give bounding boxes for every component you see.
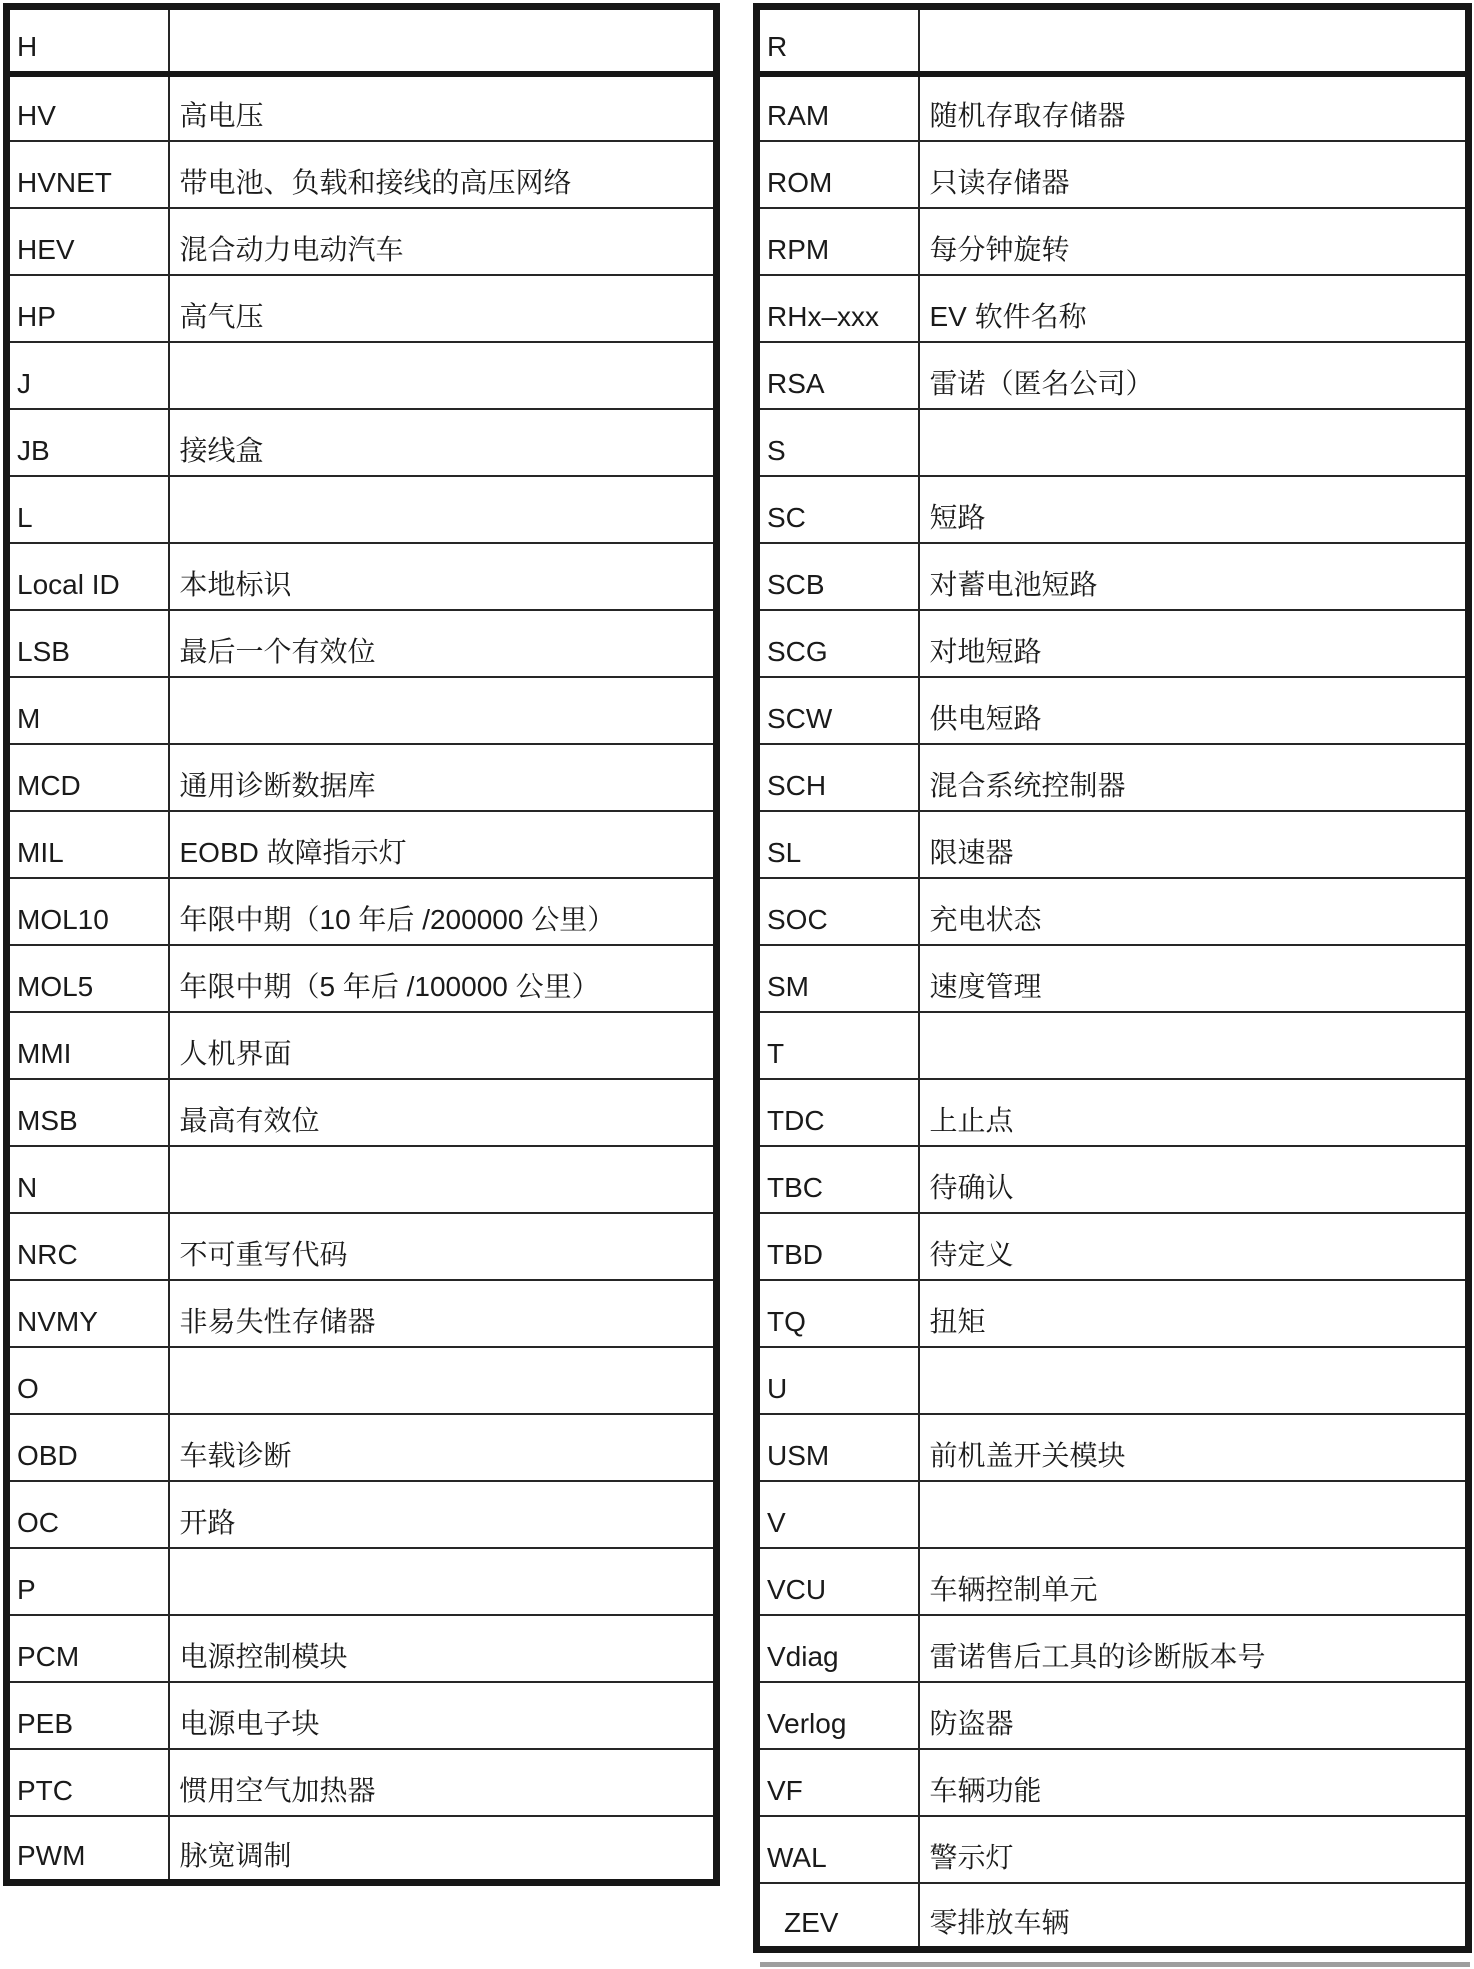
description-cell: 本地标识 <box>169 543 717 610</box>
description-cell: 脉宽调制 <box>169 1816 717 1883</box>
abbreviation-cell: SCW <box>757 677 919 744</box>
description-cell: 车载诊断 <box>169 1414 717 1481</box>
table-row: ROM只读存储器 <box>757 141 1469 208</box>
description-cell: 警示灯 <box>919 1816 1469 1883</box>
table-row: NVMY非易失性存储器 <box>7 1280 717 1347</box>
abbreviation-cell: PCM <box>7 1615 169 1682</box>
description-cell: 带电池、负载和接线的高压网络 <box>169 141 717 208</box>
description-cell <box>919 1481 1469 1548</box>
abbreviation-cell: ROM <box>757 141 919 208</box>
table-row: Verlog防盗器 <box>757 1682 1469 1749</box>
description-cell <box>169 677 717 744</box>
table-row: O <box>7 1347 717 1414</box>
description-cell: 车辆功能 <box>919 1749 1469 1816</box>
abbreviation-cell: SL <box>757 811 919 878</box>
abbreviation-cell: RAM <box>757 74 919 141</box>
description-cell: 非易失性存储器 <box>169 1280 717 1347</box>
abbreviation-cell: PWM <box>7 1816 169 1883</box>
table-row: SM速度管理 <box>757 945 1469 1012</box>
abbreviation-cell: MOL10 <box>7 878 169 945</box>
table-row: S <box>757 409 1469 476</box>
abbreviation-cell: SOC <box>757 878 919 945</box>
description-cell: 充电状态 <box>919 878 1469 945</box>
table-row: SCH混合系统控制器 <box>757 744 1469 811</box>
description-cell: 零排放车辆 <box>919 1883 1469 1950</box>
abbreviation-cell: VCU <box>757 1548 919 1615</box>
table-row: TBC待确认 <box>757 1146 1469 1213</box>
description-cell: EV 软件名称 <box>919 275 1469 342</box>
table-row: PCM电源控制模块 <box>7 1615 717 1682</box>
abbreviation-table-left: H HV高电压HVNET带电池、负载和接线的高压网络HEV混合动力电动汽车HP高… <box>3 3 720 1886</box>
description-cell <box>919 1012 1469 1079</box>
description-cell: 雷诺（匿名公司） <box>919 342 1469 409</box>
document-page: H HV高电压HVNET带电池、负载和接线的高压网络HEV混合动力电动汽车HP高… <box>0 0 1474 1969</box>
description-cell <box>169 1146 717 1213</box>
abbreviation-cell: HVNET <box>7 141 169 208</box>
description-cell: 接线盒 <box>169 409 717 476</box>
abbreviation-cell: NVMY <box>7 1280 169 1347</box>
section-letter-cell: R <box>757 7 919 74</box>
table-row: SOC充电状态 <box>757 878 1469 945</box>
abbreviation-cell: OC <box>7 1481 169 1548</box>
description-cell <box>169 1347 717 1414</box>
table-row: SCB对蓄电池短路 <box>757 543 1469 610</box>
description-cell: EOBD 故障指示灯 <box>169 811 717 878</box>
table-row: HEV混合动力电动汽车 <box>7 208 717 275</box>
table-row: U <box>757 1347 1469 1414</box>
table-row: MSB最高有效位 <box>7 1079 717 1146</box>
table-row: V <box>757 1481 1469 1548</box>
description-cell: 上止点 <box>919 1079 1469 1146</box>
abbreviation-cell: SC <box>757 476 919 543</box>
table-row: SCW供电短路 <box>757 677 1469 744</box>
description-cell <box>169 7 717 74</box>
table-row: WAL警示灯 <box>757 1816 1469 1883</box>
abbreviation-cell: Local ID <box>7 543 169 610</box>
table-row: RAM随机存取存储器 <box>757 74 1469 141</box>
abbreviation-cell: Vdiag <box>757 1615 919 1682</box>
table-row: ZEV零排放车辆 <box>757 1883 1469 1950</box>
abbreviation-cell: PTC <box>7 1749 169 1816</box>
description-cell: 限速器 <box>919 811 1469 878</box>
abbreviation-cell: TBD <box>757 1213 919 1280</box>
table-row: HV高电压 <box>7 74 717 141</box>
description-cell: 供电短路 <box>919 677 1469 744</box>
scan-shadow-line <box>760 1962 1470 1967</box>
abbreviation-cell: MOL5 <box>7 945 169 1012</box>
section-letter-cell: H <box>7 7 169 74</box>
table-row: USM前机盖开关模块 <box>757 1414 1469 1481</box>
table-row: PTC惯用空气加热器 <box>7 1749 717 1816</box>
description-cell <box>169 342 717 409</box>
abbreviation-cell: SCB <box>757 543 919 610</box>
abbreviation-cell: V <box>757 1481 919 1548</box>
table-row: Local ID本地标识 <box>7 543 717 610</box>
description-cell <box>919 409 1469 476</box>
abbreviation-cell: MSB <box>7 1079 169 1146</box>
table-row: P <box>7 1548 717 1615</box>
table-row: HVNET带电池、负载和接线的高压网络 <box>7 141 717 208</box>
abbreviation-cell: SCH <box>757 744 919 811</box>
abbreviation-cell: RSA <box>757 342 919 409</box>
abbreviation-cell: P <box>7 1548 169 1615</box>
description-cell <box>169 1548 717 1615</box>
abbreviation-cell: SCG <box>757 610 919 677</box>
abbreviation-cell: Verlog <box>757 1682 919 1749</box>
description-cell: 对蓄电池短路 <box>919 543 1469 610</box>
table-body: RAM随机存取存储器ROM只读存储器RPM每分钟旋转RHx–xxxEV 软件名称… <box>757 74 1469 1950</box>
abbreviation-cell: HV <box>7 74 169 141</box>
abbreviation-cell: J <box>7 342 169 409</box>
abbreviation-table-right: R RAM随机存取存储器ROM只读存储器RPM每分钟旋转RHx–xxxEV 软件… <box>753 3 1472 1953</box>
description-cell: 最高有效位 <box>169 1079 717 1146</box>
table-row: SCG对地短路 <box>757 610 1469 677</box>
description-cell: 短路 <box>919 476 1469 543</box>
table-row: RSA雷诺（匿名公司） <box>757 342 1469 409</box>
table-row: M <box>7 677 717 744</box>
abbreviation-cell: TDC <box>757 1079 919 1146</box>
description-cell: 电源控制模块 <box>169 1615 717 1682</box>
abbreviation-cell: MMI <box>7 1012 169 1079</box>
abbreviation-cell: RPM <box>757 208 919 275</box>
abbreviation-cell: ZEV <box>757 1883 919 1950</box>
table-row: L <box>7 476 717 543</box>
description-cell: 混合系统控制器 <box>919 744 1469 811</box>
table-row: SL限速器 <box>757 811 1469 878</box>
table-row: NRC不可重写代码 <box>7 1213 717 1280</box>
abbreviation-cell: WAL <box>757 1816 919 1883</box>
description-cell <box>169 476 717 543</box>
table-row: MMI人机界面 <box>7 1012 717 1079</box>
table-row: OBD车载诊断 <box>7 1414 717 1481</box>
description-cell: 年限中期（5 年后 /100000 公里） <box>169 945 717 1012</box>
abbreviation-cell: S <box>757 409 919 476</box>
table-row: VF车辆功能 <box>757 1749 1469 1816</box>
table-row: TDC上止点 <box>757 1079 1469 1146</box>
description-cell: 前机盖开关模块 <box>919 1414 1469 1481</box>
table-row: N <box>7 1146 717 1213</box>
description-cell <box>919 7 1469 74</box>
table-row: LSB最后一个有效位 <box>7 610 717 677</box>
description-cell: 车辆控制单元 <box>919 1548 1469 1615</box>
table-row: RHx–xxxEV 软件名称 <box>757 275 1469 342</box>
abbreviation-cell: VF <box>757 1749 919 1816</box>
abbreviation-cell: JB <box>7 409 169 476</box>
description-cell <box>919 1347 1469 1414</box>
table-header-row: H <box>7 7 717 74</box>
description-cell: 对地短路 <box>919 610 1469 677</box>
table-body: HV高电压HVNET带电池、负载和接线的高压网络HEV混合动力电动汽车HP高气压… <box>7 74 717 1883</box>
description-cell: 不可重写代码 <box>169 1213 717 1280</box>
table-row: SC短路 <box>757 476 1469 543</box>
table-row: PWM脉宽调制 <box>7 1816 717 1883</box>
description-cell: 每分钟旋转 <box>919 208 1469 275</box>
abbreviation-cell: MIL <box>7 811 169 878</box>
description-cell: 扭矩 <box>919 1280 1469 1347</box>
table-row: Vdiag雷诺售后工具的诊断版本号 <box>757 1615 1469 1682</box>
description-cell: 待定义 <box>919 1213 1469 1280</box>
description-cell: 高电压 <box>169 74 717 141</box>
table-row: TQ扭矩 <box>757 1280 1469 1347</box>
abbreviation-cell: O <box>7 1347 169 1414</box>
description-cell: 随机存取存储器 <box>919 74 1469 141</box>
table-row: HP高气压 <box>7 275 717 342</box>
description-cell: 惯用空气加热器 <box>169 1749 717 1816</box>
abbreviation-cell: OBD <box>7 1414 169 1481</box>
table-row: MILEOBD 故障指示灯 <box>7 811 717 878</box>
description-cell: 人机界面 <box>169 1012 717 1079</box>
description-cell: 雷诺售后工具的诊断版本号 <box>919 1615 1469 1682</box>
description-cell: 速度管理 <box>919 945 1469 1012</box>
table-row: VCU车辆控制单元 <box>757 1548 1469 1615</box>
description-cell: 最后一个有效位 <box>169 610 717 677</box>
abbreviation-cell: PEB <box>7 1682 169 1749</box>
table-row: TBD待定义 <box>757 1213 1469 1280</box>
abbreviation-cell: N <box>7 1146 169 1213</box>
description-cell: 电源电子块 <box>169 1682 717 1749</box>
table-row: MCD通用诊断数据库 <box>7 744 717 811</box>
table-row: MOL5年限中期（5 年后 /100000 公里） <box>7 945 717 1012</box>
description-cell: 年限中期（10 年后 /200000 公里） <box>169 878 717 945</box>
abbreviation-cell: M <box>7 677 169 744</box>
description-cell: 开路 <box>169 1481 717 1548</box>
abbreviation-cell: HP <box>7 275 169 342</box>
description-cell: 通用诊断数据库 <box>169 744 717 811</box>
description-cell: 高气压 <box>169 275 717 342</box>
description-cell: 待确认 <box>919 1146 1469 1213</box>
table-row: RPM每分钟旋转 <box>757 208 1469 275</box>
table-row: OC开路 <box>7 1481 717 1548</box>
description-cell: 混合动力电动汽车 <box>169 208 717 275</box>
abbreviation-cell: USM <box>757 1414 919 1481</box>
abbreviation-cell: U <box>757 1347 919 1414</box>
table-row: PEB电源电子块 <box>7 1682 717 1749</box>
abbreviation-cell: TQ <box>757 1280 919 1347</box>
table-row: T <box>757 1012 1469 1079</box>
description-cell: 防盗器 <box>919 1682 1469 1749</box>
abbreviation-cell: SM <box>757 945 919 1012</box>
abbreviation-cell: HEV <box>7 208 169 275</box>
table-row: JB接线盒 <box>7 409 717 476</box>
abbreviation-cell: RHx–xxx <box>757 275 919 342</box>
abbreviation-cell: T <box>757 1012 919 1079</box>
table-row: MOL10年限中期（10 年后 /200000 公里） <box>7 878 717 945</box>
description-cell: 只读存储器 <box>919 141 1469 208</box>
abbreviation-cell: LSB <box>7 610 169 677</box>
abbreviation-cell: TBC <box>757 1146 919 1213</box>
abbreviation-cell: L <box>7 476 169 543</box>
table-row: J <box>7 342 717 409</box>
abbreviation-cell: NRC <box>7 1213 169 1280</box>
table-header-row: R <box>757 7 1469 74</box>
abbreviation-cell: MCD <box>7 744 169 811</box>
